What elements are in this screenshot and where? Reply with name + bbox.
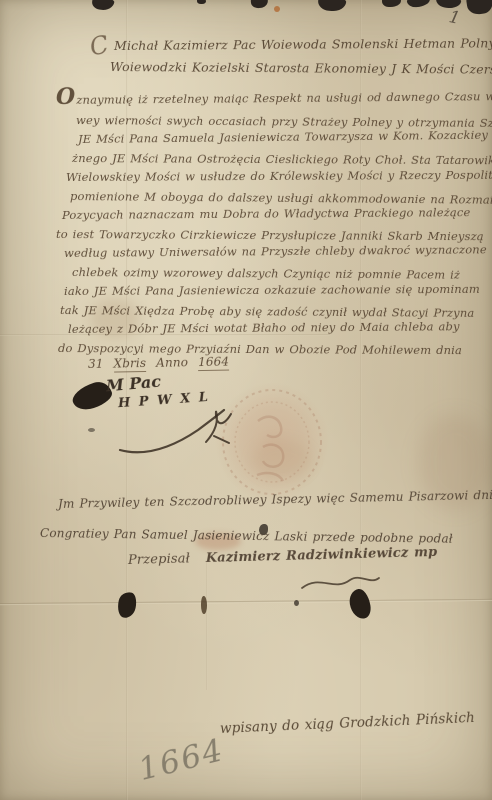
- manuscript-scan: 1 C Michał Kazimierz Pac Woiewoda Smolen…: [0, 0, 492, 800]
- signature-paraph: [118, 402, 238, 457]
- body-initial-letter: O: [56, 84, 76, 110]
- body-line: leżącey z Dóbr JE Mści wotat Błaho od ni…: [68, 319, 460, 337]
- body-line: chlebek ozimy wzorowey dalszych Czyniąc …: [72, 265, 460, 283]
- endorsement-prefix: Przepisał: [128, 551, 190, 568]
- body-line: tak JE Mści Xiędza Probę aby się zadość …: [60, 303, 475, 321]
- date-line: 31 Xbris Anno 1664: [88, 355, 229, 372]
- endorsement-flourish-graphic: [300, 572, 382, 594]
- body-line: Oznaymuię iż rzetelney maiąc Respekt na …: [56, 86, 492, 108]
- fold-ink-speck: [294, 600, 299, 606]
- rust-spot: [274, 6, 280, 12]
- paraph-flourish-graphic: [118, 402, 238, 457]
- fold-line-vertical-center-short: [206, 560, 208, 690]
- body-line: to iest Towarzyczko Cirzkiewicze Przysłu…: [56, 227, 484, 244]
- body-line: Wielowskiey Mości w usłudze do Królewski…: [66, 168, 492, 185]
- body-line: żnego JE Mści Pana Ostrożęcia Cieslickie…: [72, 151, 492, 168]
- date-month: Xbris: [113, 356, 146, 373]
- body-line: Pozycyach naznaczam mu Dobra do Władyctw…: [62, 205, 471, 223]
- endorsement-flourish: [300, 572, 382, 594]
- date-anno-label: Anno: [156, 355, 188, 370]
- ink-speck: [88, 428, 95, 432]
- body-line-text: znaymuię iż rzetelney maiąc Respekt na u…: [76, 89, 492, 107]
- heading-line: Michał Kazimierz Pac Woiewoda Smolenski …: [114, 35, 492, 53]
- body-line: iako JE Mści Pana Jasieniewicza ozkazuie…: [64, 282, 480, 299]
- fold-ink-blot: [201, 596, 207, 614]
- date-day: 31: [88, 357, 104, 371]
- date-year: 1664: [198, 355, 229, 372]
